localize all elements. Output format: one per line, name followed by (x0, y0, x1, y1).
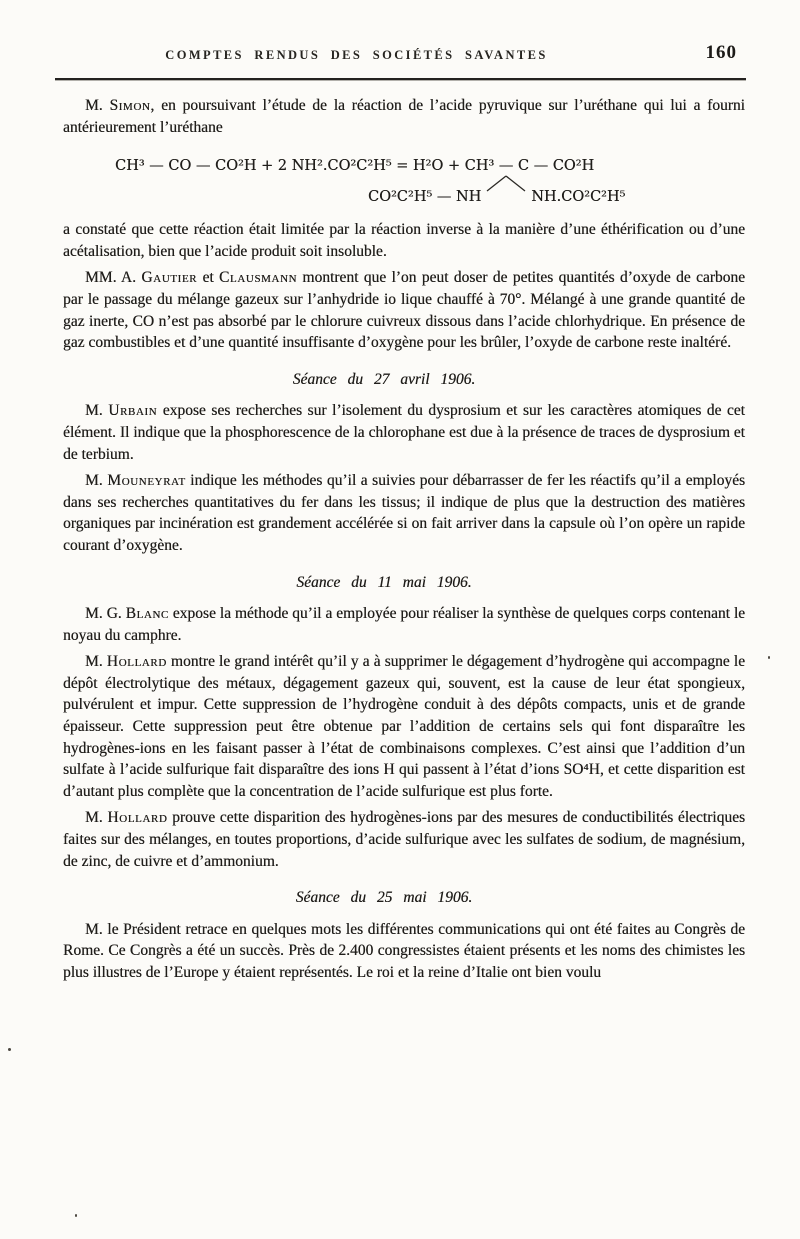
running-header: COMPTES RENDUS DES SOCIÉTÉS SAVANTES 160 (63, 46, 745, 70)
paragraph-text: M. G. (85, 605, 126, 622)
person-name: Blanc (126, 605, 169, 622)
paragraph: M. G. Blanc expose la méthode qu’il a em… (63, 603, 745, 646)
paragraph-text: M. le Président retrace en quelques mots… (63, 921, 745, 981)
paragraph-text: montre le grand intérêt qu’il y a à supp… (63, 653, 745, 800)
paragraph-text: M. (85, 402, 108, 419)
scan-speck (75, 1214, 77, 1217)
journal-title: COMPTES RENDUS DES SOCIÉTÉS SAVANTES (63, 48, 650, 63)
paragraph: M. le Président retrace en quelques mots… (63, 919, 745, 984)
paragraph: M. Urbain expose ses recherches sur l’is… (63, 400, 745, 465)
person-name: Hollard (107, 653, 167, 670)
scan-speck (768, 656, 770, 659)
paragraph: M. Mouneyrat indique les méthodes qu’il … (63, 470, 745, 556)
header-rule (55, 78, 746, 80)
paragraph-text: MM. A. (85, 269, 141, 286)
page-body: M. Simon, en poursuivant l’étude de la r… (63, 95, 745, 984)
page-number: 160 (706, 42, 738, 64)
equation-line-2: CO²C²H⁵ — NHNH.CO²C²H⁵ (368, 184, 745, 208)
equation-line-2-left: CO²C²H⁵ — NH (368, 189, 481, 205)
equation-line-1: CH³ — CO — CO²H + 2 NH².CO²C²H⁵ = H²O + … (115, 155, 745, 177)
paragraph-text: , en poursuivant l’étude de la réaction … (63, 97, 745, 136)
paragraph: MM. A. Gautier et Clausmann montrent que… (63, 267, 745, 353)
paragraph: M. Hollard montre le grand intérêt qu’il… (63, 651, 745, 802)
session-heading: Séance du 11 mai 1906. (63, 572, 705, 594)
person-name: Gautier (141, 269, 197, 286)
person-name: Mouneyrat (107, 472, 185, 489)
scan-speck (8, 1048, 11, 1051)
paragraph-text: M. (85, 653, 107, 670)
chemical-equation: CH³ — CO — CO²H + 2 NH².CO²C²H⁵ = H²O + … (63, 155, 745, 208)
paragraph-text: M. (85, 472, 107, 489)
session-heading: Séance du 25 mai 1906. (63, 887, 705, 909)
paragraph-text: M. (85, 97, 109, 114)
person-name: Clausmann (219, 269, 297, 286)
bond-lines-icon (483, 175, 529, 192)
paragraph-text: M. (85, 809, 107, 826)
paragraph-text: a constaté que cette réaction était limi… (63, 221, 745, 260)
person-name: Simon (109, 97, 150, 114)
paragraph-text: expose ses recherches sur l’isolement du… (63, 402, 745, 462)
paragraph: a constaté que cette réaction était limi… (63, 219, 745, 262)
paragraph-text: et (197, 269, 219, 286)
person-name: Hollard (107, 809, 167, 826)
paragraph: M. Hollard prouve cette disparition des … (63, 807, 745, 872)
scanned-document-page: COMPTES RENDUS DES SOCIÉTÉS SAVANTES 160… (0, 0, 800, 1239)
person-name: Urbain (108, 402, 157, 419)
paragraph: M. Simon, en poursuivant l’étude de la r… (63, 95, 745, 138)
session-heading: Séance du 27 avril 1906. (63, 369, 705, 391)
equation-line-2-right: NH.CO²C²H⁵ (531, 189, 625, 205)
